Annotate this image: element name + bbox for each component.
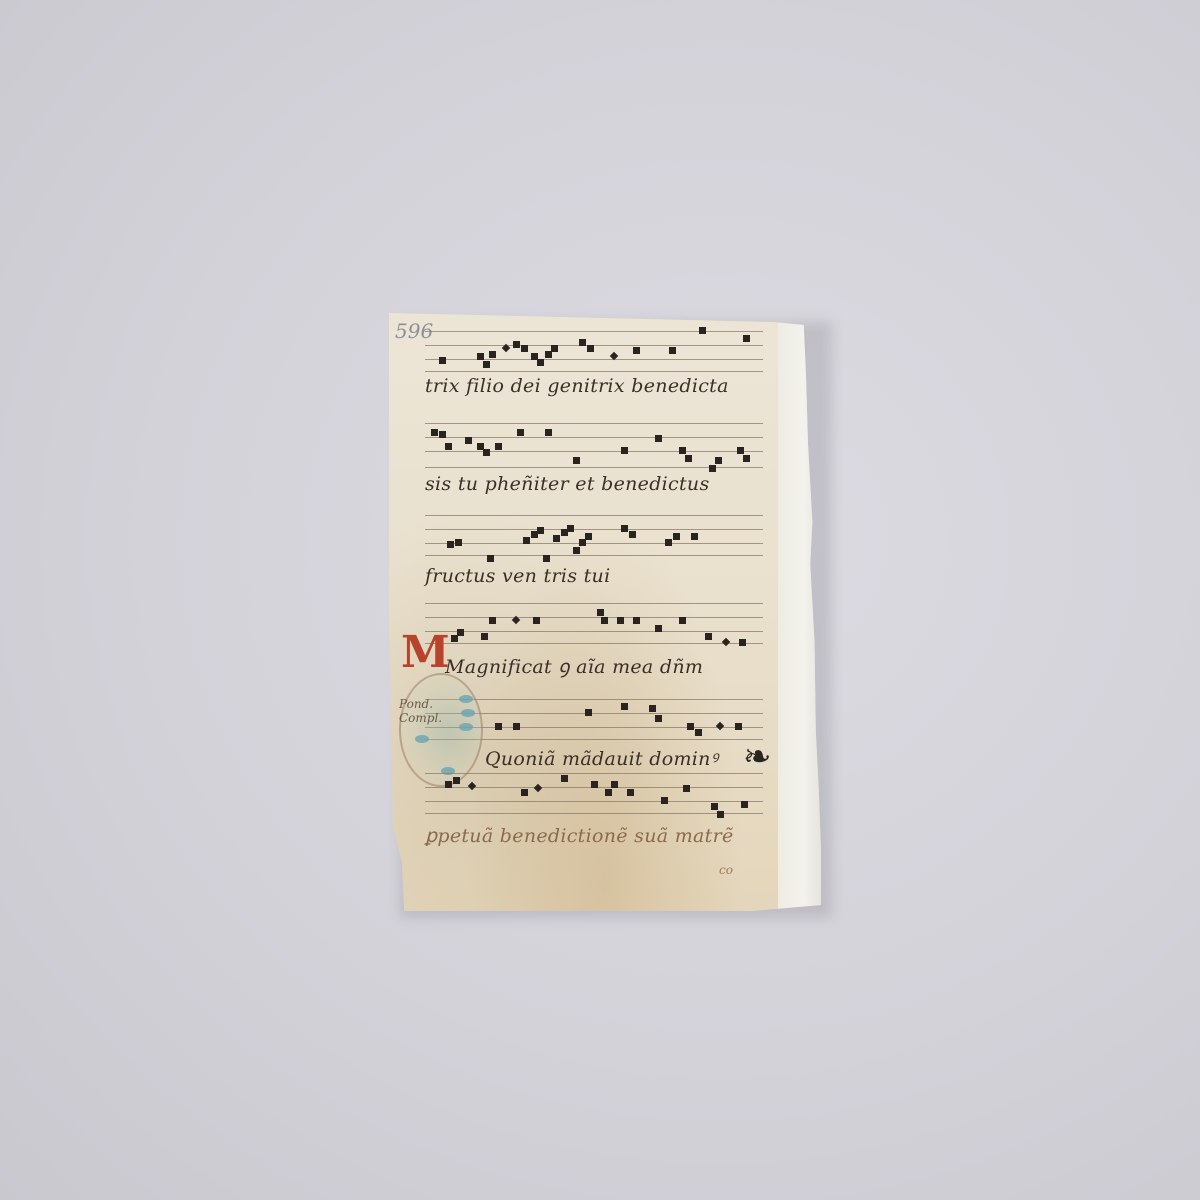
- marginal-rubric-1: Pond.: [399, 697, 433, 711]
- staff-system-6: ꝑpetuã benedictionẽ suã matrẽ: [425, 769, 763, 813]
- lyric-line-5: Quoniã mãdauit dominꝰ: [485, 745, 718, 771]
- marginal-rubric-2: Compl.: [399, 711, 442, 725]
- lyric-line-6: ꝑpetuã benedictionẽ suã matrẽ: [425, 825, 734, 847]
- lyric-line-2: sis tu pheñiter et benedictus: [425, 473, 710, 495]
- red-initial-m: M: [401, 631, 450, 675]
- manuscript-leaf: 596 trix filio dei genitrix benedicta: [389, 313, 821, 911]
- staff: [425, 769, 763, 813]
- staff: [425, 509, 763, 553]
- lyric-line-1: trix filio dei genitrix benedicta: [425, 375, 729, 397]
- staff-system-1: trix filio dei genitrix benedicta: [425, 327, 763, 371]
- staff-system-2: sis tu pheñiter et benedictus: [425, 419, 763, 463]
- staff-system-3: fructus ven tris tui ❧: [425, 509, 763, 553]
- staff: [425, 327, 763, 371]
- staff: [425, 419, 763, 463]
- catchword: co: [719, 863, 733, 877]
- staff-system-4: Magnificat ꝯ aĩa mea dñm: [425, 601, 763, 645]
- staff: [425, 601, 763, 645]
- lyric-line-4: Magnificat ꝯ aĩa mea dñm: [445, 653, 703, 679]
- lyric-line-3: fructus ven tris tui: [425, 565, 610, 587]
